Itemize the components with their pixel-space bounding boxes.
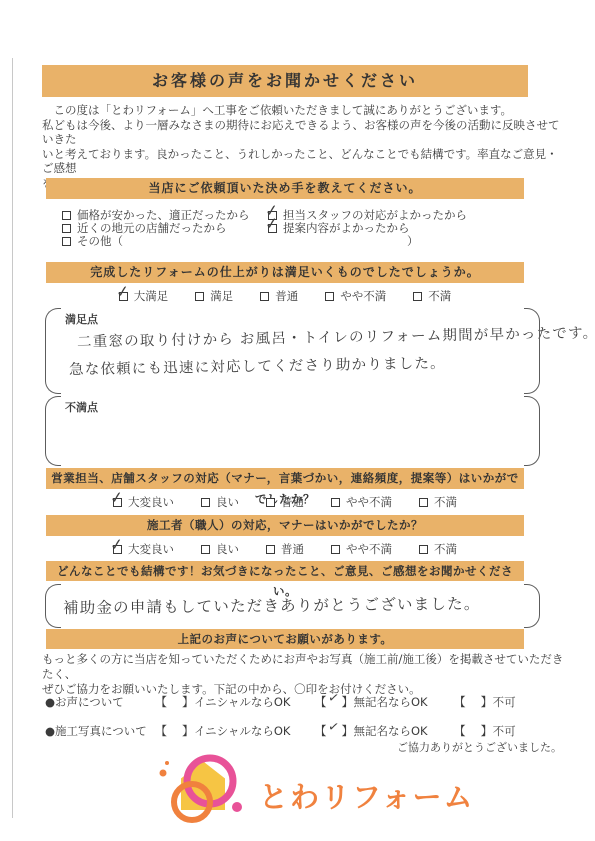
checkbox-label: その他（ <box>77 233 123 249</box>
scan-artifact-line <box>12 58 13 818</box>
close-bracket: 】 <box>481 693 493 710</box>
logo-text: とわリフォーム <box>259 775 475 816</box>
page-title: お客様の声をお聞かせください <box>42 65 528 97</box>
checkbox-icon: ✓ <box>413 292 422 301</box>
checkbox-option: ✓ 大満足 <box>119 288 169 304</box>
checkbox-label: 不満 <box>434 494 457 510</box>
intro-line: この度は「とわリフォーム」へ工事をご依頼いただきまして誠にありがとうございます。 <box>42 103 566 118</box>
check-mark-icon: ✓ <box>109 489 124 506</box>
section-header-staff-response: 営業担当、店舗スタッフの対応（マナー，言葉づかい，連絡頻度，提案等）はいかがでで… <box>46 468 524 489</box>
consent-option: 【 ✓ 】 無記名ならOK <box>314 693 427 710</box>
open-bracket: 【 <box>314 722 326 739</box>
satisfied-points-box: 満足点 二重窓の取り付けから お風呂・トイレのリフォーム期間が早かったです。 急… <box>45 308 540 394</box>
checkbox-icon: ✓ <box>113 498 122 507</box>
checkbox-label: 大変良い <box>128 494 174 510</box>
checkbox-icon: ✓ <box>419 498 428 507</box>
checkbox-icon: ✓ <box>119 292 128 301</box>
check-mark-icon: ✓ <box>264 215 279 232</box>
checkbox-label: 普通 <box>281 494 304 510</box>
dissatisfied-points-label: 不満点 <box>65 399 98 415</box>
consent-checkbox-icon: ✓ <box>326 695 341 709</box>
close-bracket: 】 <box>481 722 493 739</box>
section-header-publication-request: 上記のお声についてお願いがあります。 <box>46 629 524 649</box>
checkbox-icon: ✓ <box>62 237 71 246</box>
handwritten-comment: 二重窓の取り付けから お風呂・トイレのリフォーム期間が早かったです。 <box>77 321 595 351</box>
intro-line: 私どもは今後、より一層みなさまの期待にお応えできるよう、お客様の声を今後の活動に… <box>42 118 566 147</box>
checkbox-option: ✓ 良い <box>201 494 239 510</box>
handwritten-comment: 急な依頼にも迅速に対応してくださり助かりました。 <box>69 352 446 380</box>
section-header-free-comment: どんなことでも結構です！お気づきになったこと、ご意見、ご感想をお聞かせください。 <box>46 561 524 581</box>
open-bracket: 【 <box>155 722 167 739</box>
close-bracket: 】 <box>341 693 353 710</box>
checkbox-icon: ✓ <box>201 545 210 554</box>
checkbox-icon: ✓ <box>266 498 275 507</box>
scanned-feedback-form: お客様の声をお聞かせください この度は「とわリフォーム」へ工事をご依頼いただきま… <box>0 0 595 841</box>
logo-mark-icon <box>157 750 249 830</box>
consent-option-label: 不可 <box>493 723 516 739</box>
check-mark-icon: ✓ <box>115 283 130 300</box>
checkbox-label: やや不満 <box>340 288 386 304</box>
checkbox-icon: ✓ <box>331 498 340 507</box>
checkbox-option: ✓ 不満 <box>419 494 457 510</box>
checkbox-option: ✓ 大変良い <box>113 541 174 557</box>
open-bracket: 【 <box>314 693 326 710</box>
close-bracket: 】 <box>341 722 353 739</box>
intro-line: いと考えております。良かったこと、うれしかったこと、どんなことでも結構です。率直… <box>42 147 566 176</box>
checkbox-option: ✓ 大変良い <box>113 494 174 510</box>
section-header-decision: 当店にご依頼頂いた決め手を教えてください。 <box>46 178 524 199</box>
consent-option: 【 ✓ 】 不可 <box>454 693 516 710</box>
checkbox-icon: ✓ <box>195 292 204 301</box>
checkbox-icon: ✓ <box>268 224 277 233</box>
note-line: もっと多くの方に当店を知っていただくためにお声やお写真（施工前/施工後）を掲載さ… <box>42 652 570 682</box>
checkbox-label: 満足 <box>210 288 233 304</box>
checkbox-label: 大変良い <box>128 541 174 557</box>
check-mark-icon: ✓ <box>109 536 124 553</box>
checkbox-option: ✓ やや不満 <box>325 288 386 304</box>
satisfaction-rating-row: ✓ 大満足 ✓ 満足 ✓ 普通 ✓ やや不満 ✓ 不満 <box>46 288 524 304</box>
consent-option-label: 無記名ならOK <box>353 723 427 739</box>
checkbox-option: ✓ 普通 <box>266 494 304 510</box>
consent-option: 【 ✓ 】 無記名ならOK <box>314 722 427 739</box>
checkbox-option: ✓ 良い <box>201 541 239 557</box>
open-bracket: 【 <box>155 693 167 710</box>
handwritten-comment: 補助金の申請もしていただきありがとうございました。 <box>63 592 481 618</box>
consent-option: 【 ✓ 】 不可 <box>454 722 516 739</box>
section-header-worker-response: 施工者（職人）の対応，マナーはいかがでしたか？ <box>46 515 524 536</box>
checkbox-icon: ✓ <box>325 292 334 301</box>
checkbox-label: やや不満 <box>346 494 392 510</box>
consent-option-label: 不可 <box>493 694 516 710</box>
checkbox-icon: ✓ <box>331 545 340 554</box>
checkbox-icon: ✓ <box>113 545 122 554</box>
free-comment-box: 補助金の申請もしていただきありがとうございました。 <box>45 584 540 628</box>
staff-rating-row: ✓ 大変良い ✓ 良い ✓ 普通 ✓ やや不満 ✓ 不満 <box>46 494 524 510</box>
consent-row-voice: ●お声について 【 ✓ 】 イニシャルならOK 【 ✓ 】 無記名ならOK 【 … <box>45 693 516 710</box>
open-bracket: 【 <box>454 722 466 739</box>
checkbox-option: ✓ 普通 <box>260 288 298 304</box>
checkbox-option: ✓ 普通 <box>266 541 304 557</box>
satisfied-points-label: 満足点 <box>65 311 98 327</box>
checkbox-label: やや不満 <box>346 541 392 557</box>
checkbox-label: 良い <box>216 494 239 510</box>
consent-row-photo: ●施工写真について 【 ✓ 】 イニシャルならOK 【 ✓ 】 無記名ならOK … <box>45 722 516 739</box>
consent-checkbox-icon: ✓ <box>466 695 481 709</box>
close-bracket: 】 <box>182 722 194 739</box>
section-header-finish-satisfaction: 完成したリフォームの仕上がりは満足いくものでしたでしょうか。 <box>46 262 524 283</box>
company-logo: とわリフォーム <box>157 750 475 830</box>
consent-checkbox-icon: ✓ <box>326 724 341 738</box>
consent-option-label: 無記名ならOK <box>353 694 427 710</box>
consent-row-label: ●施工写真について <box>45 723 155 739</box>
checkbox-option: ✓ 満足 <box>195 288 233 304</box>
checkbox-label: 大満足 <box>134 288 169 304</box>
check-mark-icon: ✓ <box>327 720 340 735</box>
checkbox-label: 普通 <box>275 288 298 304</box>
worker-rating-row: ✓ 大変良い ✓ 良い ✓ 普通 ✓ やや不満 ✓ 不満 <box>46 541 524 557</box>
checkbox-icon: ✓ <box>419 545 428 554</box>
consent-checkbox-icon: ✓ <box>167 695 182 709</box>
checkbox-label: 不満 <box>434 541 457 557</box>
other-close-paren: ） <box>407 233 419 249</box>
checkbox-icon: ✓ <box>62 211 71 220</box>
open-bracket: 【 <box>454 693 466 710</box>
checkbox-icon: ✓ <box>201 498 210 507</box>
checkbox-option: ✓ やや不満 <box>331 541 392 557</box>
close-bracket: 】 <box>182 693 194 710</box>
checkbox-icon: ✓ <box>62 224 71 233</box>
consent-checkbox-icon: ✓ <box>466 724 481 738</box>
checkbox-option: ✓ 提案内容がよかったから <box>268 220 410 236</box>
consent-row-label: ●お声について <box>45 694 155 710</box>
checkbox-label: 普通 <box>281 541 304 557</box>
consent-checkbox-icon: ✓ <box>167 724 182 738</box>
decision-options: ✓ 価格が安かった、適正だったから ✓ 近くの地元の店舗だったから ✓ その他（… <box>62 207 542 253</box>
dissatisfied-points-box: 不満点 <box>45 396 540 466</box>
checkbox-label: 不満 <box>428 288 451 304</box>
checkbox-option: ✓ 不満 <box>413 288 451 304</box>
checkbox-option: ✓ やや不満 <box>331 494 392 510</box>
checkbox-icon: ✓ <box>260 292 269 301</box>
checkbox-option: ✓ その他（ <box>62 233 123 249</box>
consent-option: 【 ✓ 】 イニシャルならOK <box>155 693 290 710</box>
consent-option-label: イニシャルならOK <box>194 723 290 739</box>
checkbox-option: ✓ 不満 <box>419 541 457 557</box>
checkbox-icon: ✓ <box>266 545 275 554</box>
check-mark-icon: ✓ <box>327 691 340 706</box>
consent-option-label: イニシャルならOK <box>194 694 290 710</box>
publication-note: もっと多くの方に当店を知っていただくためにお声やお写真（施工前/施工後）を掲載さ… <box>42 652 570 696</box>
consent-option: 【 ✓ 】 イニシャルならOK <box>155 722 290 739</box>
checkbox-label: 良い <box>216 541 239 557</box>
checkbox-label: 提案内容がよかったから <box>283 220 410 236</box>
